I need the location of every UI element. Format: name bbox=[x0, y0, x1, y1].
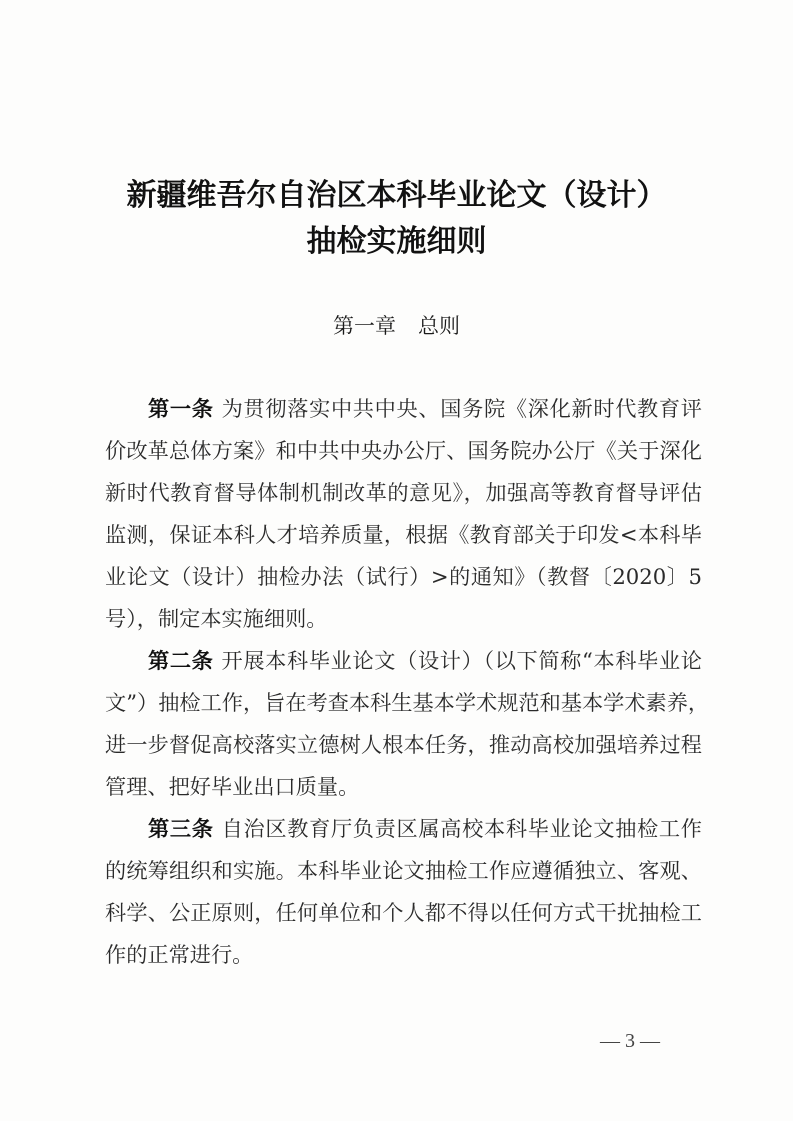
article-1-line-6: 号），制定本实施细则。 bbox=[105, 604, 702, 634]
article-3-label: 第三条 bbox=[148, 816, 214, 841]
article-2-line-3: 进一步督促高校落实立德树人根本任务，推动高校加强培养过程 bbox=[105, 730, 702, 760]
document-title-line-2: 抽检实施细则 bbox=[0, 216, 793, 260]
article-1-line-4: 监测，保证本科人才培养质量，根据《教育部关于印发<本科毕 bbox=[105, 520, 702, 550]
article-2-line-2: 文”）抽检工作，旨在考查本科生基本学术规范和基本学术素养， bbox=[105, 688, 702, 718]
article-1-text: 为贯彻落实中共中央、国务院《深化新时代教育评 bbox=[222, 396, 702, 421]
article-2-line-1: 第二条开展本科毕业论文（设计）（以下简称“本科毕业论 bbox=[148, 646, 702, 676]
page-number: — 3 — bbox=[600, 1030, 660, 1053]
article-1-line-3: 新时代教育督导体制机制改革的意见》，加强高等教育督导评估 bbox=[105, 478, 702, 508]
chapter-number: 第一章 bbox=[333, 314, 396, 338]
article-1-line-2: 价改革总体方案》和中共中央办公厅、国务院办公厅《关于深化 bbox=[105, 436, 702, 466]
article-3-line-3: 科学、公正原则，任何单位和个人都不得以任何方式干扰抽检工 bbox=[105, 898, 702, 928]
article-2-text: 开展本科毕业论文（设计）（以下简称“本科毕业论 bbox=[222, 648, 703, 673]
chapter-name: 总则 bbox=[418, 314, 460, 338]
article-2-label: 第二条 bbox=[148, 648, 214, 673]
article-1-label: 第一条 bbox=[148, 396, 214, 421]
chapter-heading: 第一章总则 bbox=[0, 310, 793, 340]
document-title-line-1: 新疆维吾尔自治区本科毕业论文（设计） bbox=[0, 170, 793, 214]
article-3-line-4: 作的正常进行。 bbox=[105, 940, 702, 970]
article-1-line-5: 业论文（设计）抽检办法（试行）>的通知》（教督〔2020〕5 bbox=[105, 562, 702, 592]
article-3-line-1: 第三条自治区教育厅负责区属高校本科毕业论文抽检工作 bbox=[148, 814, 702, 844]
article-3-text: 自治区教育厅负责区属高校本科毕业论文抽检工作 bbox=[222, 816, 702, 841]
article-3-line-2: 的统筹组织和实施。本科毕业论文抽检工作应遵循独立、客观、 bbox=[105, 856, 702, 886]
article-2-line-4: 管理、把好毕业出口质量。 bbox=[105, 772, 702, 802]
article-1-line-1: 第一条为贯彻落实中共中央、国务院《深化新时代教育评 bbox=[148, 394, 702, 424]
